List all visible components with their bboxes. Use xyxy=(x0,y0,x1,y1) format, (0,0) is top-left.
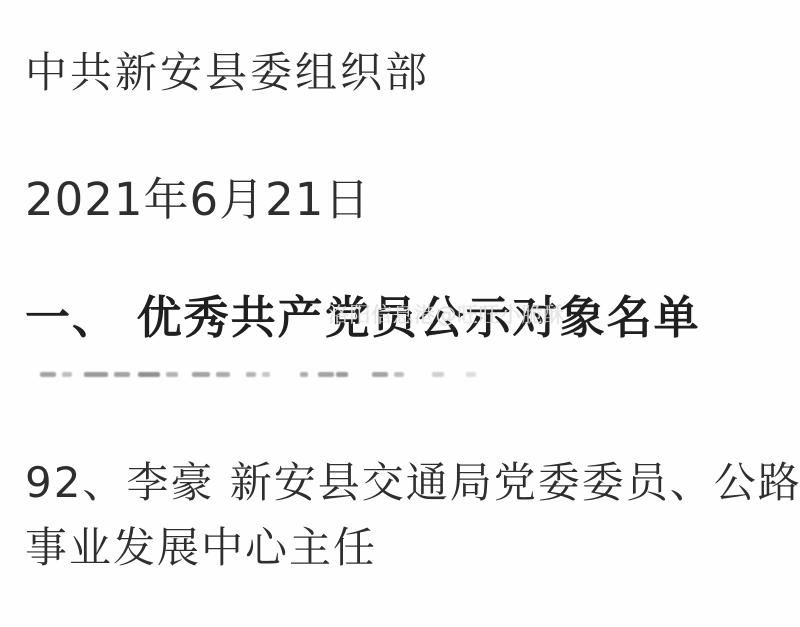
text-fragment-smudge xyxy=(114,372,130,377)
text-fragment-smudge xyxy=(138,372,160,377)
text-fragment-smudge xyxy=(336,372,348,377)
section-heading: 一、 优秀共产党员公示对象名单 xyxy=(25,281,701,346)
text-fragment-smudge xyxy=(246,372,256,377)
date-line: 2021年6月21日 xyxy=(25,163,370,228)
text-fragment-smudge xyxy=(40,372,56,377)
text-fragment-smudge xyxy=(466,372,476,377)
text-fragment-smudge xyxy=(372,372,388,377)
org-department-line: 中共新安县委组织部 xyxy=(25,40,430,100)
text-fragment-smudge xyxy=(62,372,72,377)
text-fragment-smudge xyxy=(318,372,334,377)
document-page: 中共新安县委组织部 2021年6月21日 一、 优秀共产党员公示对象名单 洛阳信… xyxy=(0,0,800,627)
text-fragment-smudge xyxy=(262,372,270,377)
text-fragment-smudge xyxy=(192,372,210,377)
text-fragment-smudge xyxy=(300,372,308,377)
text-fragment-smudge xyxy=(394,372,404,377)
text-fragment-smudge xyxy=(216,372,230,377)
list-entry-line-2: 事业发展中心主任 xyxy=(25,515,377,575)
text-fragment-smudge xyxy=(166,372,178,377)
text-fragment-smudge xyxy=(432,372,444,377)
list-entry-line-1: 92、李豪 新安县交通局党委委员、公路 xyxy=(25,450,800,510)
text-fragment-smudge xyxy=(84,372,108,377)
cutoff-text-fragments xyxy=(0,368,800,386)
